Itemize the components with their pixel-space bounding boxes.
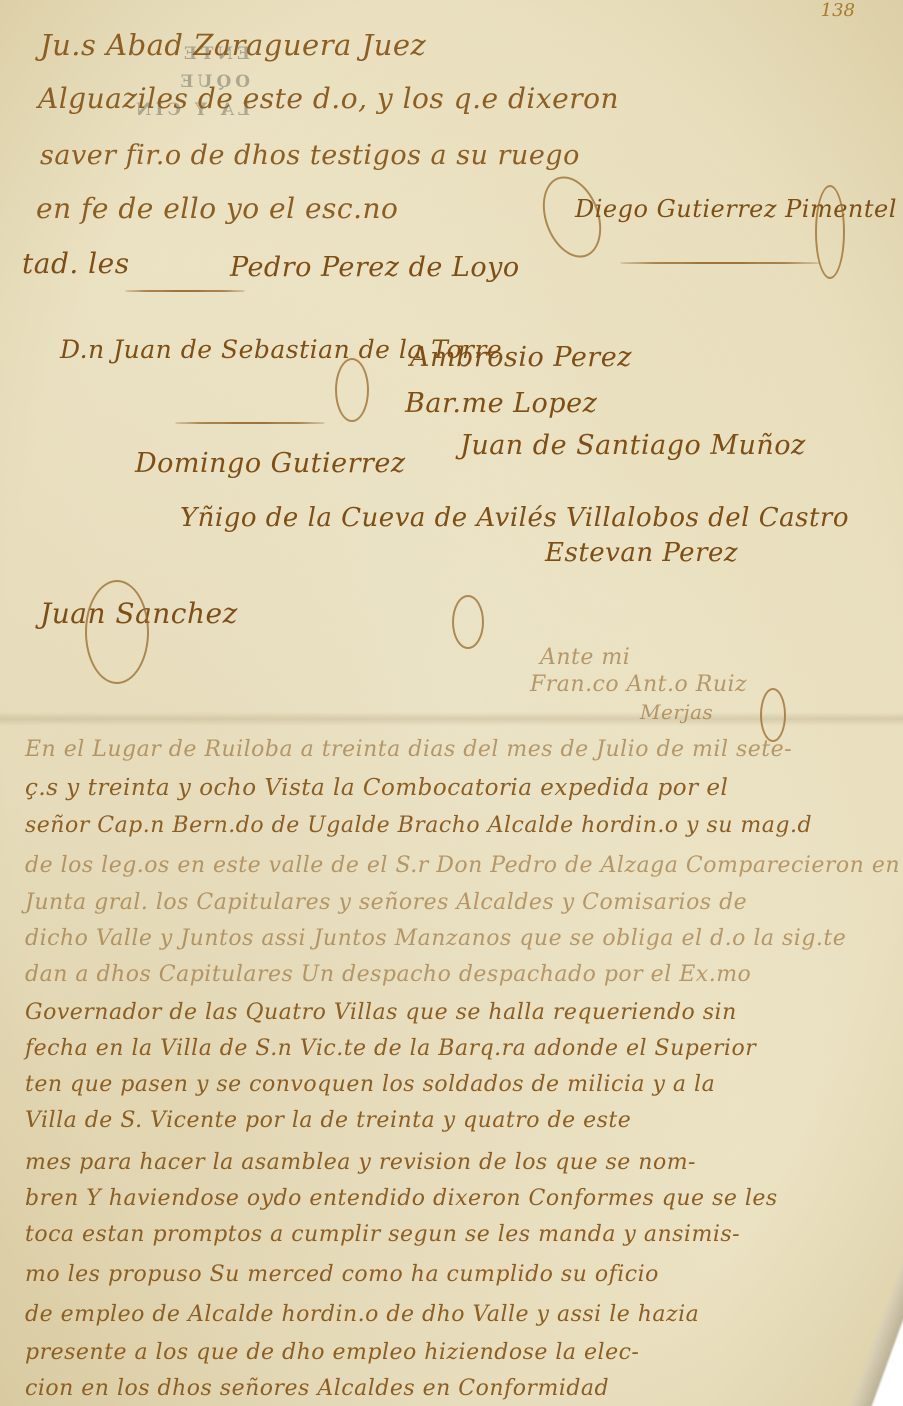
- body-line-12: mes para hacer la asamblea y revision de…: [25, 1150, 696, 1175]
- signature: Ambrosio Perez: [410, 342, 632, 373]
- rubric-flourish: [760, 688, 786, 742]
- signature: Fran.co Ant.o Ruiz: [530, 672, 747, 697]
- body-line-13: bren Y haviendose oydo entendido dixeron…: [25, 1186, 778, 1211]
- signature-witness: Ante mi: [540, 645, 630, 670]
- signature: Domingo Gutierrez: [135, 448, 406, 479]
- signature-escrivano: Diego Gutierrez Pimentel: [575, 195, 897, 223]
- body-line-8: Governador de las Quatro Villas que se h…: [25, 1000, 737, 1025]
- page-corner-edge: [841, 1212, 903, 1406]
- rubric-flourish: [335, 358, 369, 422]
- signature: Juan de Santiago Muñoz: [460, 430, 806, 461]
- folio-number: 138: [821, 0, 855, 21]
- body-line-5: Junta gral. los Capitulares y señores Al…: [25, 890, 747, 915]
- signature: Merjas: [640, 700, 713, 724]
- rubric-flourish: [85, 580, 149, 684]
- rubric-flourish: [815, 185, 845, 279]
- upper-line-1: Ju.s Abad Zaraguera Juez: [40, 28, 426, 62]
- body-line-15: mo les propuso Su merced como ha cumplid…: [25, 1262, 659, 1287]
- body-line-1: En el Lugar de Ruiloba a treinta dias de…: [25, 737, 792, 762]
- signature: tad. les: [22, 247, 130, 280]
- upper-line-2: Alguaziles de este d.o, y los q.e dixero…: [38, 82, 619, 115]
- signature-underline: [125, 290, 245, 292]
- signature-underline: [620, 262, 820, 264]
- body-line-7: dan a dhos Capitulares Un despacho despa…: [25, 962, 751, 987]
- body-line-6: dicho Valle y Juntos assi Juntos Manzano…: [25, 926, 846, 951]
- body-line-10: ten que pasen y se convoquen los soldado…: [25, 1072, 715, 1097]
- body-line-4: de los leg.os en este valle de el S.r Do…: [25, 853, 903, 878]
- manuscript-page: ENTE OQUE LA Y CIN 138 Ju.s Abad Zarague…: [0, 0, 903, 1406]
- body-line-17: presente a los que de dho empleo hiziend…: [25, 1340, 639, 1365]
- signature: Estevan Perez: [545, 538, 738, 568]
- signature-underline: [175, 422, 325, 424]
- body-line-11: Villa de S. Vicente por la de treinta y …: [25, 1108, 631, 1133]
- upper-line-4: en fe de ello yo el esc.no: [36, 192, 398, 225]
- rubric-flourish: [452, 595, 484, 649]
- body-line-3: señor Cap.n Bern.do de Ugalde Bracho Alc…: [25, 813, 812, 838]
- body-line-16: de empleo de Alcalde hordin.o de dho Val…: [25, 1302, 699, 1327]
- body-line-18: cion en los dhos señores Alcaldes en Con…: [25, 1376, 609, 1401]
- signature: Pedro Perez de Loyo: [230, 252, 520, 283]
- upper-line-3: saver fir.o de dhos testigos a su ruego: [40, 140, 580, 171]
- signature: Bar.me Lopez: [405, 388, 597, 419]
- body-line-14: toca estan promptos a cumplir segun se l…: [25, 1222, 740, 1247]
- body-line-9: fecha en la Villa de S.n Vic.te de la Ba…: [25, 1036, 756, 1061]
- signature: Yñigo de la Cueva de Avilés Villalobos d…: [180, 503, 849, 533]
- body-line-2: ç.s y treinta y ocho Vista la Combocator…: [25, 775, 728, 801]
